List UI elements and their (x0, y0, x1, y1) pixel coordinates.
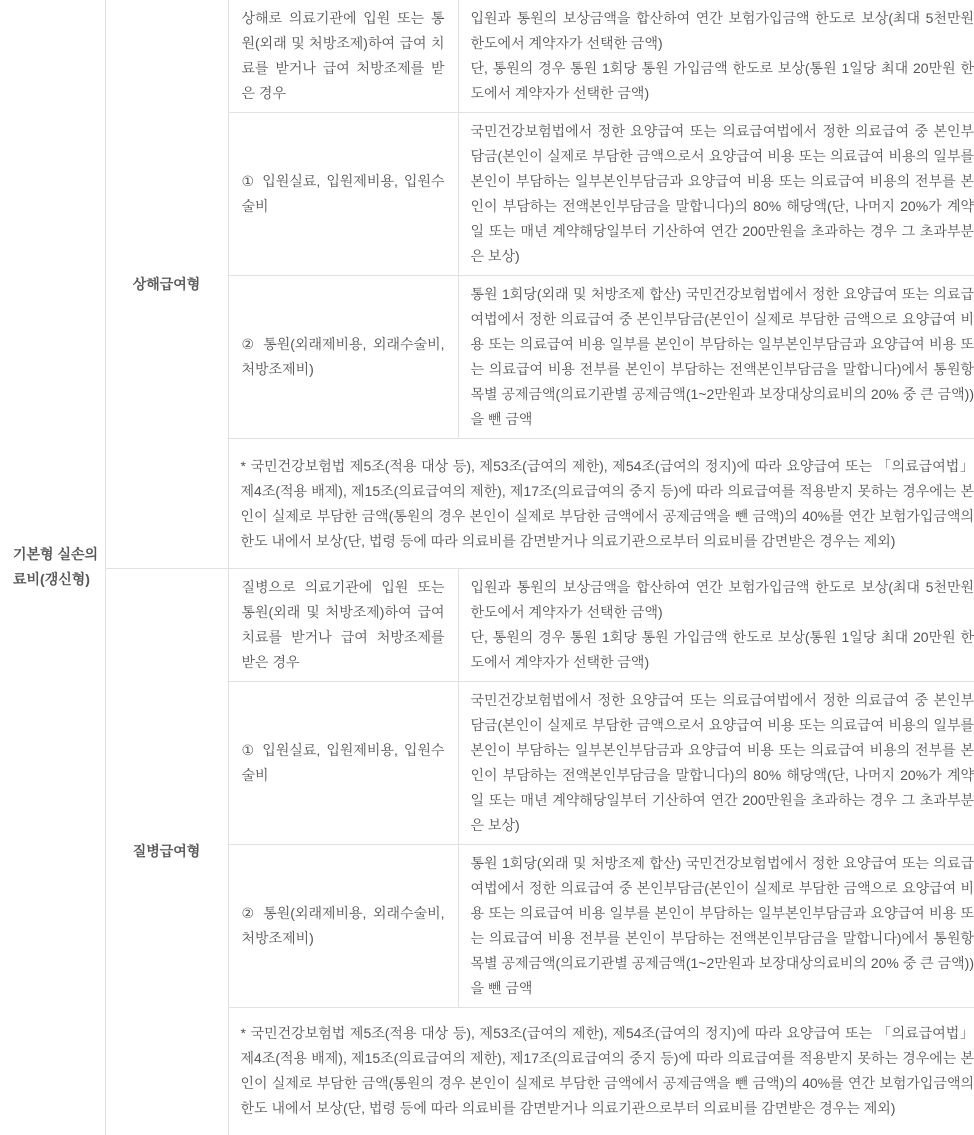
coverage-desc-cell: 입원과 통원의 보상금액을 합산하여 연간 보험가입금액 한도로 보상(최대 5… (458, 569, 974, 682)
coverage-desc-cell: 국민건강보험법에서 정한 요양급여 또는 의료급여법에서 정한 의료급여 중 본… (458, 682, 974, 845)
insurance-coverage-table: 기본형 실손의료비(갱신형) 상해급여형 상해로 의료기관에 입원 또는 통원(… (0, 0, 974, 1135)
coverage-desc-cell: 통원 1회당(외래 및 처방조제 합산) 국민건강보험법에서 정한 요양급여 또… (458, 845, 974, 1008)
section-header-disease-benefit: 질병급여형 (105, 569, 228, 1135)
coverage-item-cell-outpatient: ② 통원(외래제비용, 외래수술비, 처방조제비) (228, 276, 458, 439)
coverage-item-cell-inpatient: ① 입원실료, 입원제비용, 입원수술비 (228, 682, 458, 845)
section-header-injury-benefit: 상해급여형 (105, 0, 228, 569)
footnote-cell: * 국민건강보험법 제5조(적용 대상 등), 제53조(급여의 제한), 제5… (228, 439, 974, 569)
coverage-desc-cell: 통원 1회당(외래 및 처방조제 합산) 국민건강보험법에서 정한 요양급여 또… (458, 276, 974, 439)
coverage-desc-cell: 국민건강보험법에서 정한 요양급여 또는 의료급여법에서 정한 의료급여 중 본… (458, 113, 974, 276)
coverage-desc-cell: 입원과 통원의 보상금액을 합산하여 연간 보험가입금액 한도로 보상(최대 5… (458, 0, 974, 113)
coverage-item-cell-outpatient: ② 통원(외래제비용, 외래수술비, 처방조제비) (228, 845, 458, 1008)
table-row: 질병급여형 질병으로 의료기관에 입원 또는 통원(외래 및 처방조제)하여 급… (0, 569, 974, 682)
coverage-case-cell: 질병으로 의료기관에 입원 또는 통원(외래 및 처방조제)하여 급여 치료를 … (228, 569, 458, 682)
coverage-case-cell: 상해로 의료기관에 입원 또는 통원(외래 및 처방조제)하여 급여 치료를 받… (228, 0, 458, 113)
table-row: 기본형 실손의료비(갱신형) 상해급여형 상해로 의료기관에 입원 또는 통원(… (0, 0, 974, 113)
footnote-cell: * 국민건강보험법 제5조(적용 대상 등), 제53조(급여의 제한), 제5… (228, 1008, 974, 1135)
coverage-item-cell-inpatient: ① 입원실료, 입원제비용, 입원수술비 (228, 113, 458, 276)
row-group-header-basic-silson: 기본형 실손의료비(갱신형) (0, 0, 105, 1135)
